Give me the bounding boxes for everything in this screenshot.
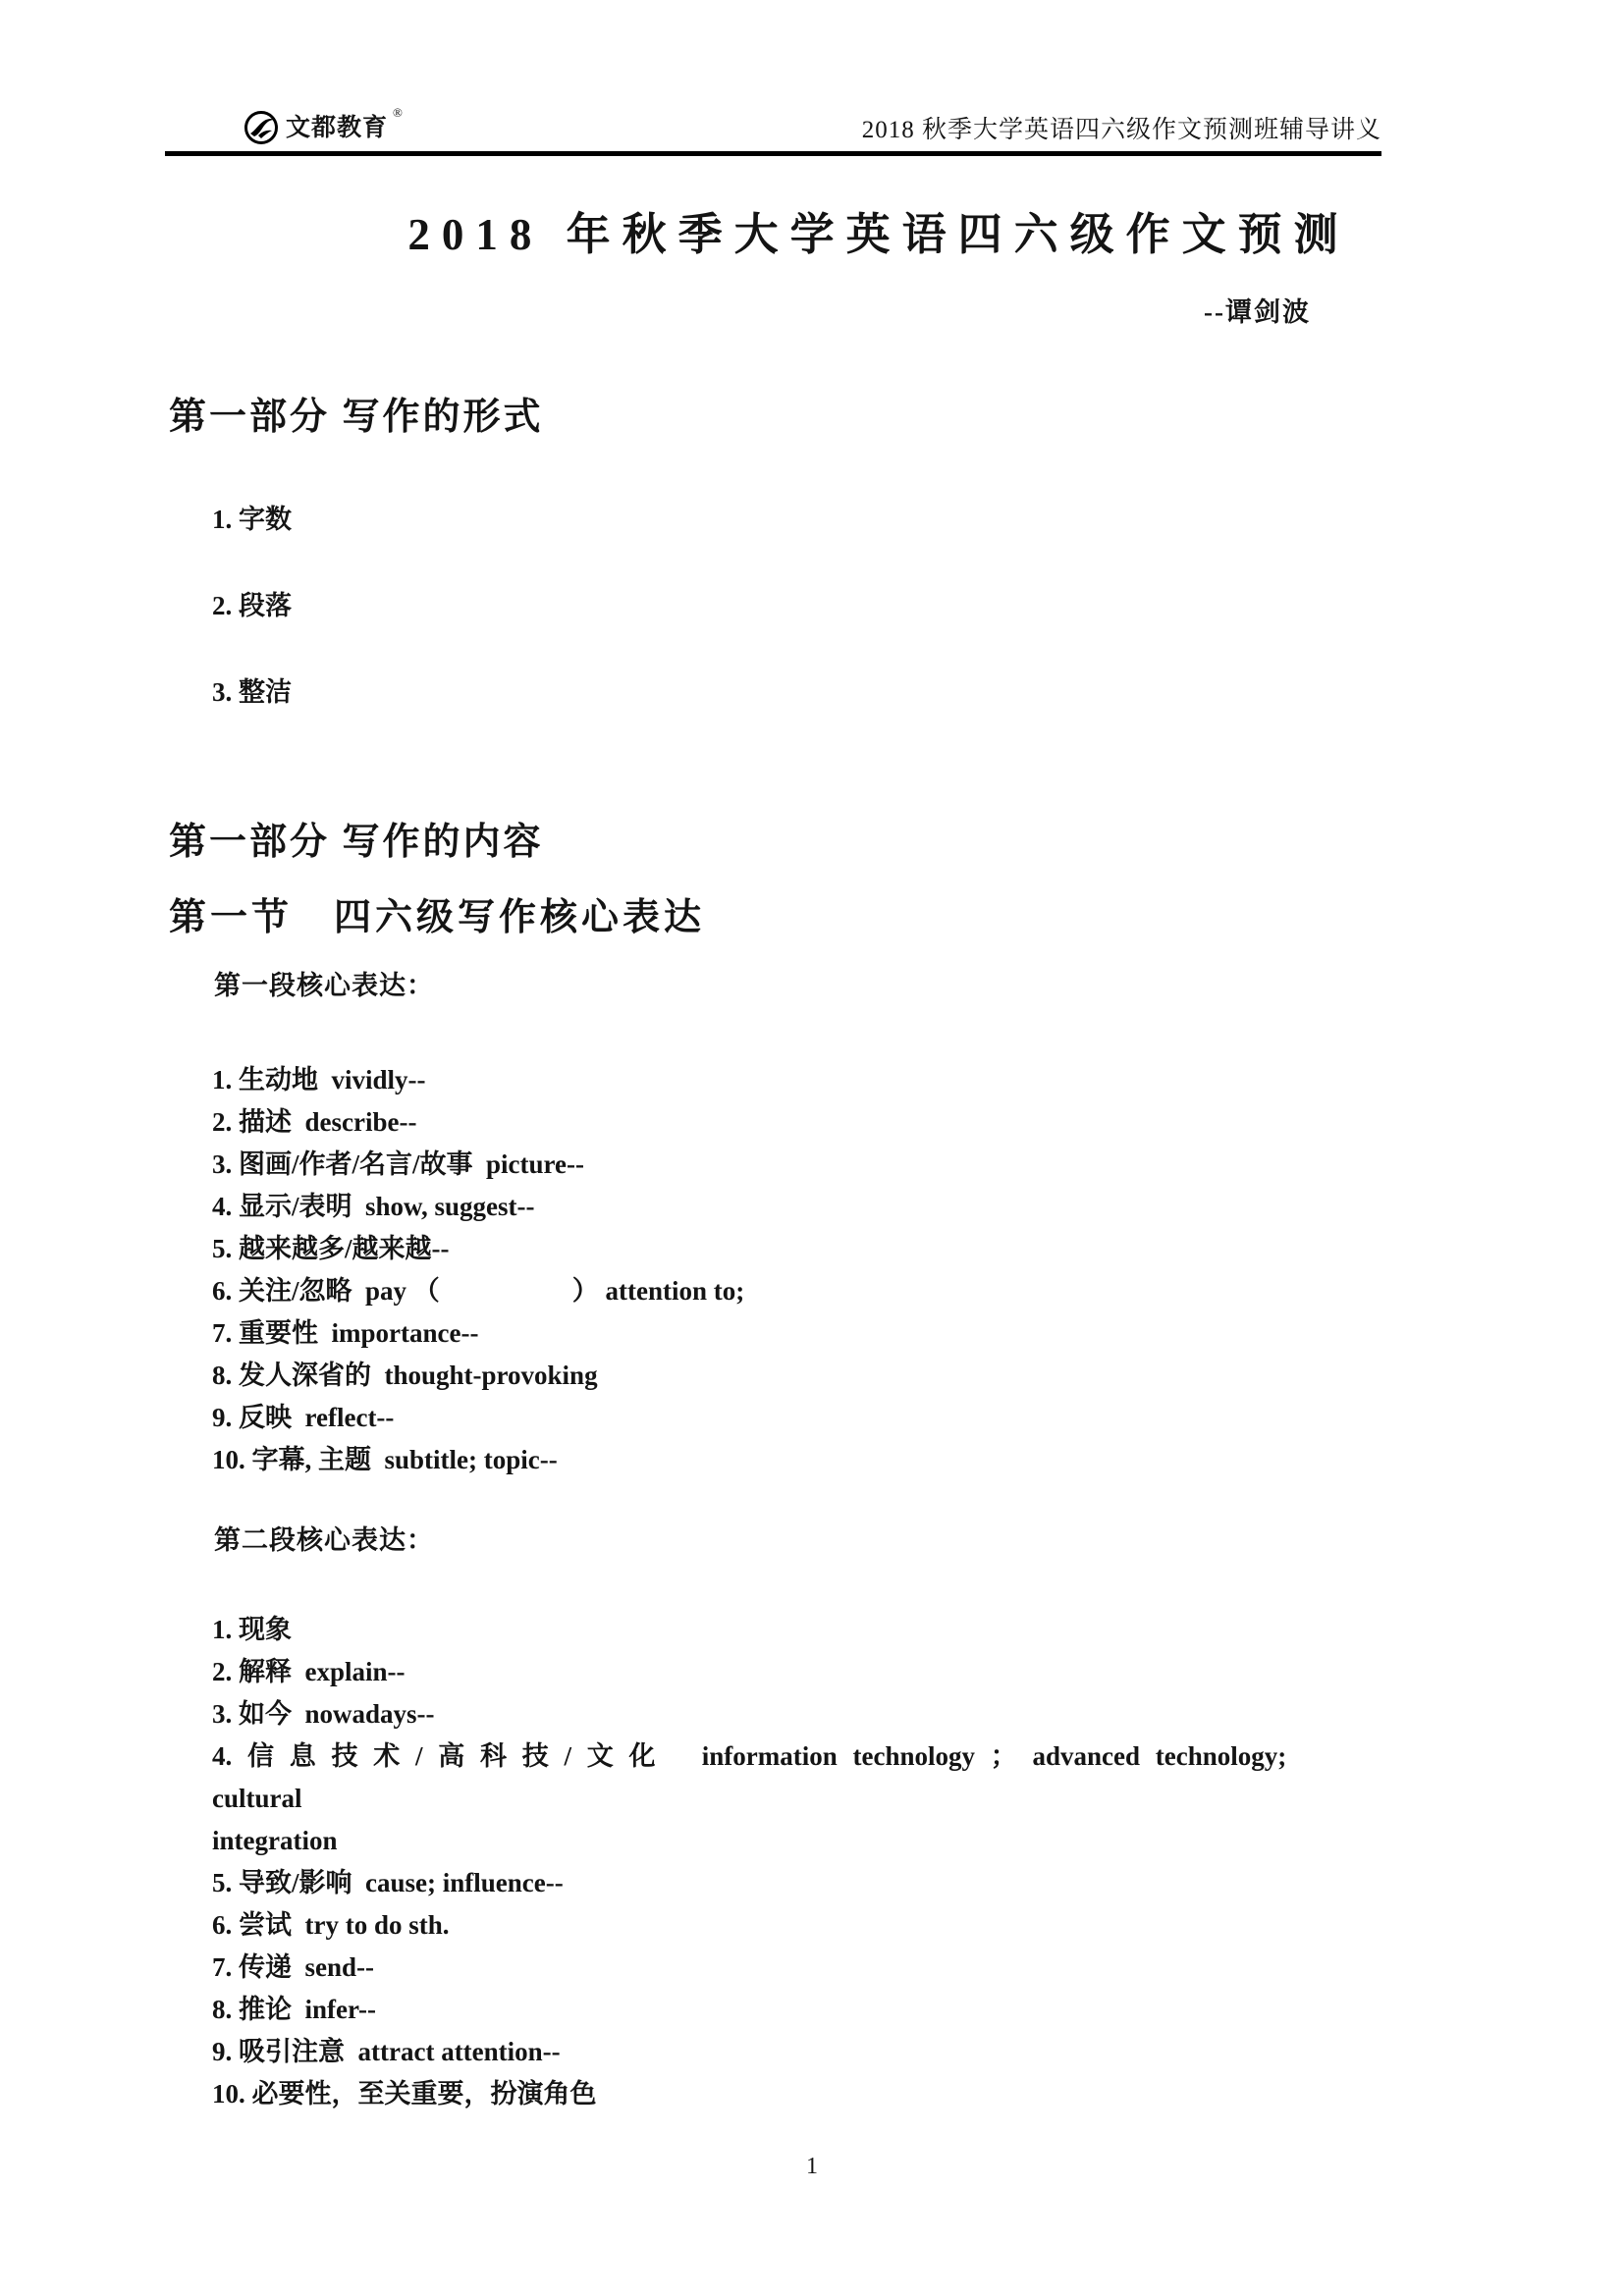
page-number: 1 (0, 2154, 1624, 2180)
part2-heading: 第一部分 写作的内容 (169, 819, 1381, 866)
brand-logo-text: 文都教育 (286, 116, 388, 140)
list-item: 4. 信 息 技 术 / 高 科 技 / 文 化 information tec… (212, 1735, 1381, 1820)
para1-subheading: 第一段核心表达： (214, 968, 1381, 1003)
writing-form-list: 1. 字数2. 段落3. 整洁 (165, 502, 1381, 710)
para2-subheading: 第二段核心表达： (214, 1522, 1381, 1558)
document-content: 文都教育 ® 2018 秋季大学英语四六级作文预测班辅导讲义 2018 年秋季大… (165, 0, 1381, 2115)
list-item: 8. 推论 infer-- (212, 1989, 1381, 2031)
list-item: 3. 整洁 (212, 674, 1381, 710)
list-item: 7. 重要性 importance-- (212, 1312, 1381, 1355)
list-item: 2. 段落 (212, 588, 1381, 623)
page-header: 文都教育 ® 2018 秋季大学英语四六级作文预测班辅导讲义 (165, 0, 1381, 156)
list-item: 8. 发人深省的 thought-provoking (212, 1355, 1381, 1397)
list-item: 2. 描述 describe-- (212, 1101, 1381, 1144)
list-item: 6. 关注/忽略 pay （ ） attention to; (212, 1270, 1381, 1312)
list-item: integration (212, 1820, 1381, 1862)
list-item: 3. 图画/作者/名言/故事 picture-- (212, 1144, 1381, 1186)
list-item: 5. 越来越多/越来越-- (212, 1228, 1381, 1270)
list-item: 1. 字数 (212, 502, 1381, 537)
section1-heading: 第一节 四六级写作核心表达 (169, 894, 1381, 941)
para1-core-list: 1. 生动地 vividly--2. 描述 describe--3. 图画/作者… (212, 1059, 1381, 1481)
registered-trademark-icon: ® (393, 106, 403, 119)
para2-core-list: 1. 现象2. 解释 explain--3. 如今 nowadays--4. 信… (212, 1609, 1381, 2115)
list-item: 1. 生动地 vividly-- (212, 1059, 1381, 1101)
list-item: 10. 字幕, 主题 subtitle; topic-- (212, 1439, 1381, 1481)
list-item: 1. 现象 (212, 1609, 1381, 1651)
brand-logo: 文都教育 ® (244, 110, 403, 145)
author-byline: --谭剑波 (165, 291, 1381, 329)
header-course-title: 2018 秋季大学英语四六级作文预测班辅导讲义 (862, 116, 1381, 145)
list-item: 10. 必要性，至关重要，扮演角色 (212, 2073, 1381, 2115)
list-item: 9. 吸引注意 attract attention-- (212, 2031, 1381, 2073)
list-item: 6. 尝试 try to do sth. (212, 1904, 1381, 1947)
document-title: 2018 年秋季大学英语四六级作文预测 (165, 210, 1381, 261)
list-item: 4. 显示/表明 show, suggest-- (212, 1186, 1381, 1228)
list-item: 2. 解释 explain-- (212, 1651, 1381, 1693)
list-item: 7. 传递 send-- (212, 1947, 1381, 1989)
list-item: 3. 如今 nowadays-- (212, 1693, 1381, 1735)
part1-heading: 第一部分 写作的形式 (169, 394, 1381, 441)
list-item: 5. 导致/影响 cause; influence-- (212, 1862, 1381, 1904)
wendu-logo-icon (244, 110, 279, 145)
list-item: 9. 反映 reflect-- (212, 1397, 1381, 1439)
document-page: 文都教育 ® 2018 秋季大学英语四六级作文预测班辅导讲义 2018 年秋季大… (0, 0, 1624, 2296)
